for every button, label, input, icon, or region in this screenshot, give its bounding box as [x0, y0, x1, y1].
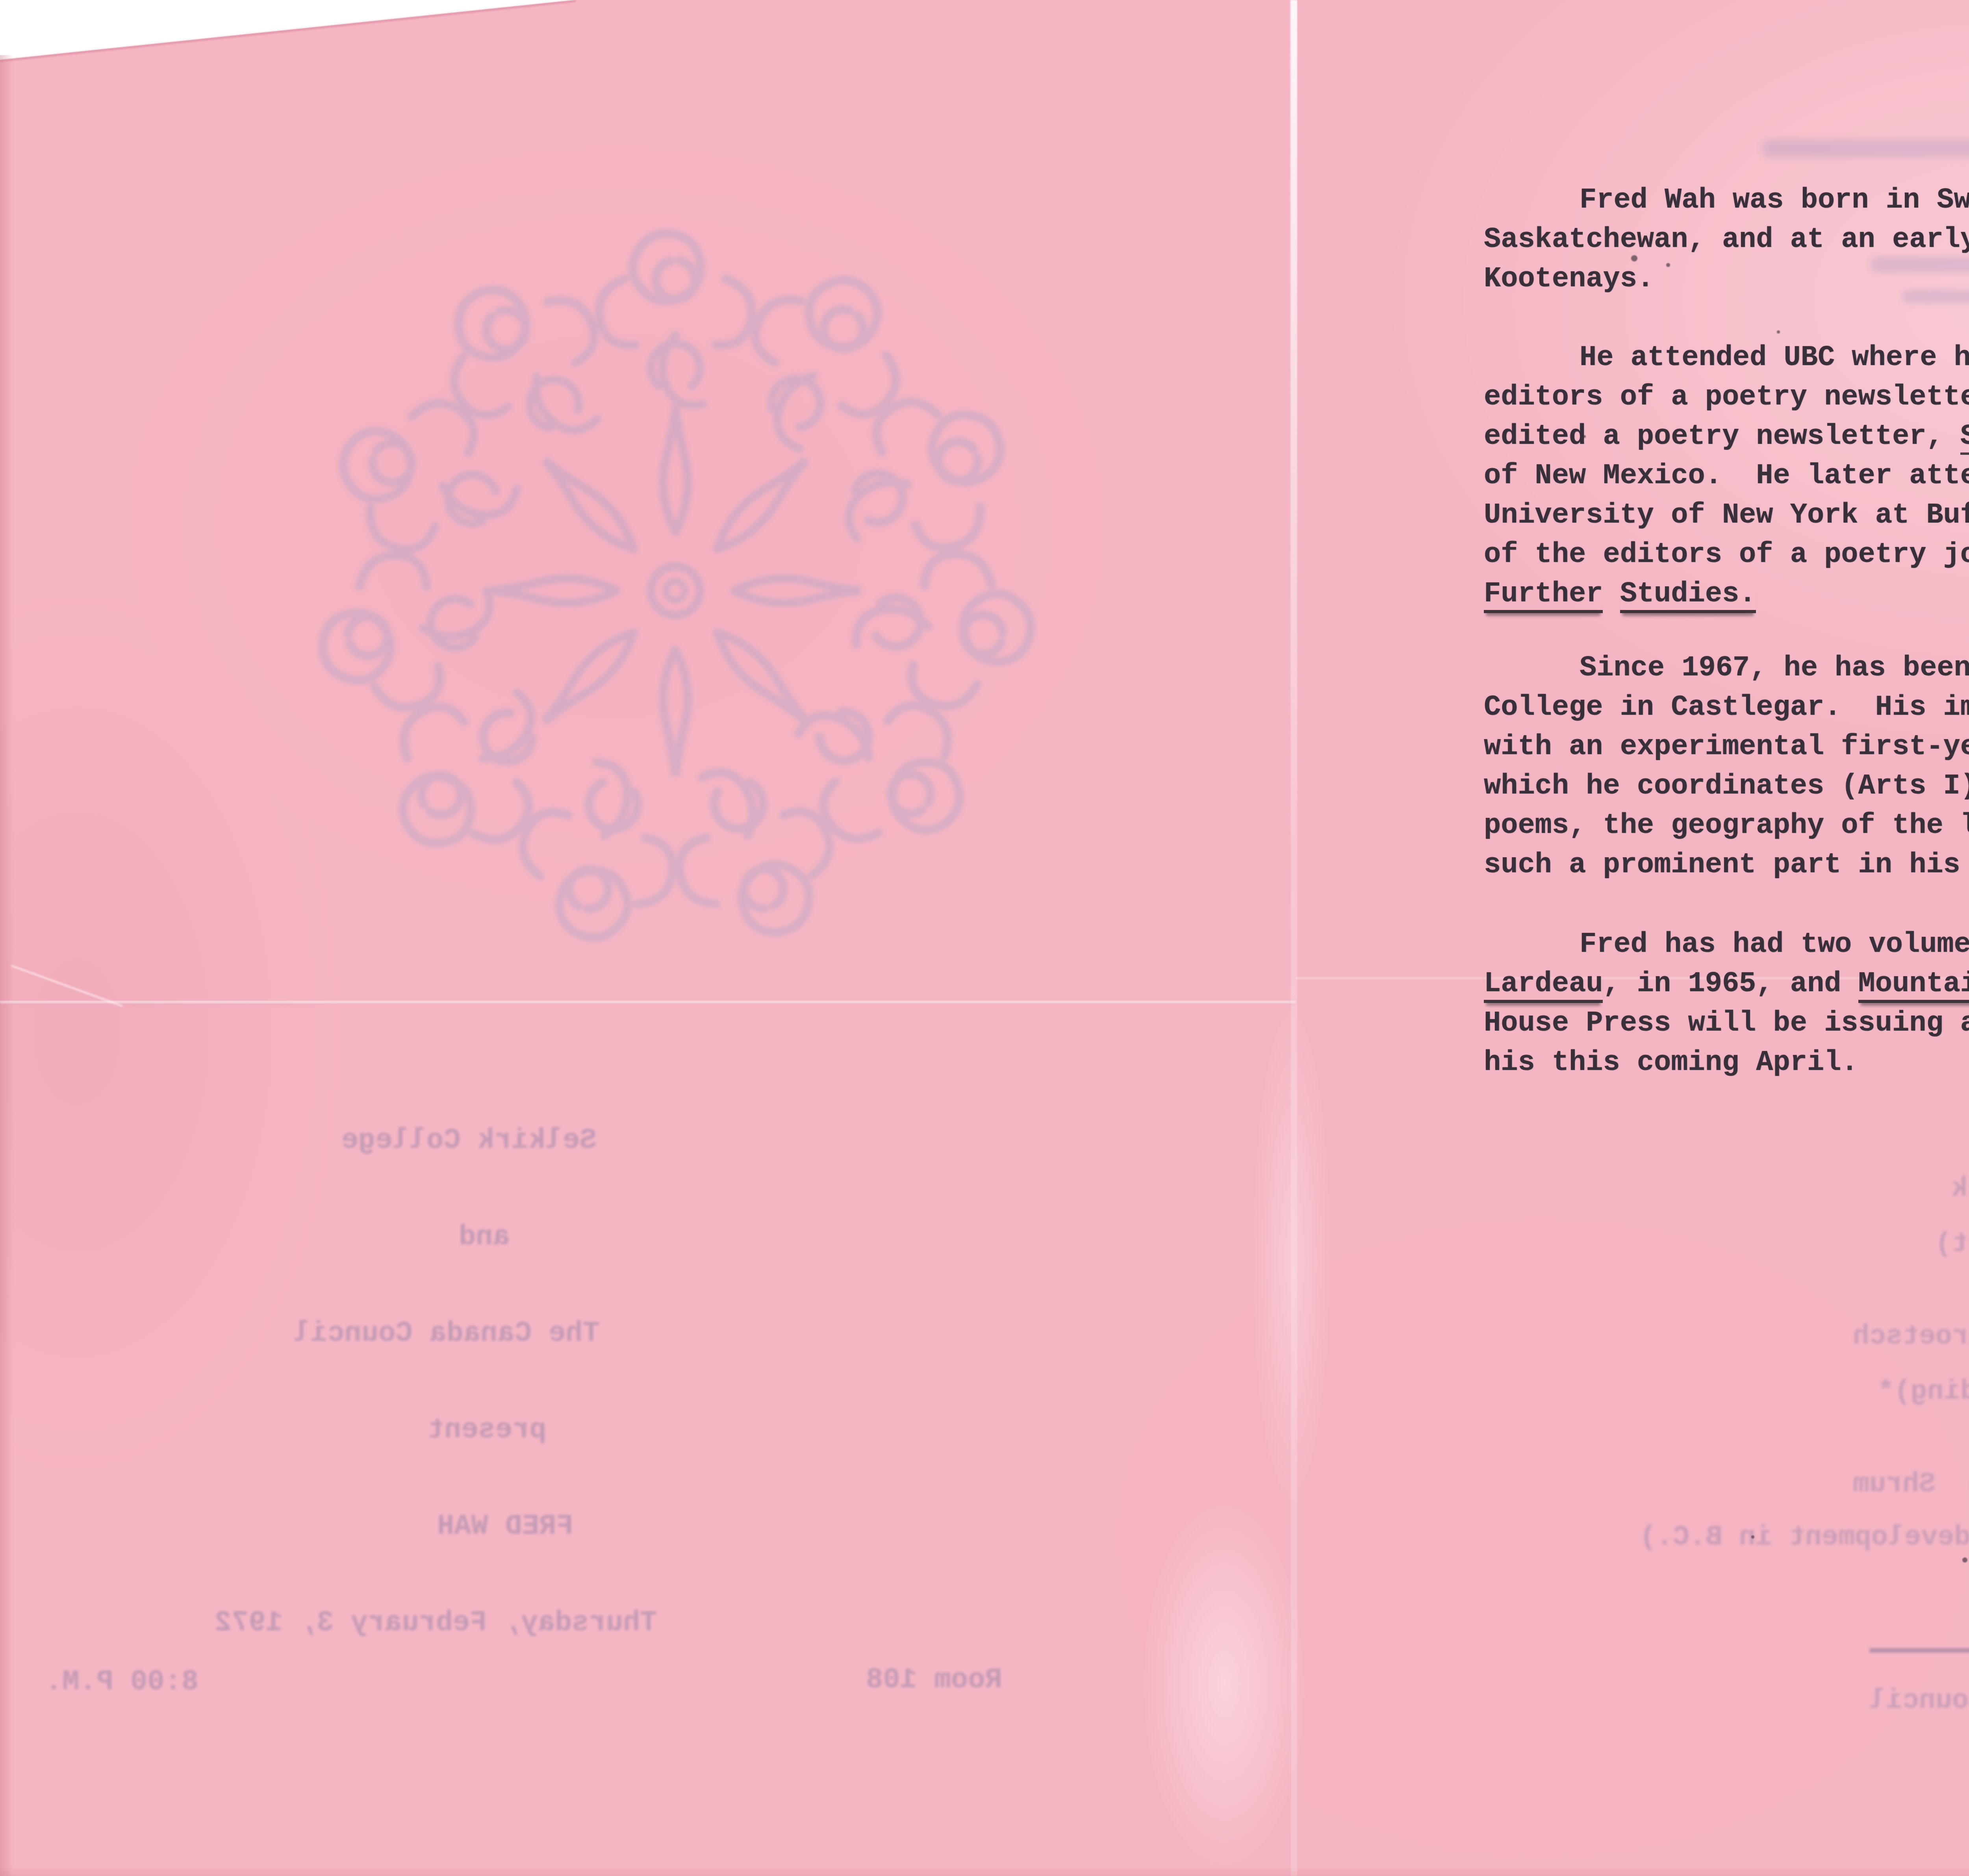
ink-speck [1777, 330, 1780, 334]
ghost-smudge [1902, 290, 1969, 303]
typed-line: editors of a poetry newsletter, Tish, an… [1484, 377, 1969, 417]
typed-line: University of New York at Buffalo where … [1484, 495, 1969, 535]
ink-speck [1583, 435, 1586, 438]
typed-line: poems, the geography of the land which h… [1484, 806, 1969, 845]
typed-line: with an experimental first-year universi… [1484, 727, 1969, 766]
typed-line: edited a poetry newsletter, Sum, at the … [1484, 417, 1969, 456]
ghost-text-line: Feb. 16 - Robert Kroetsch [1853, 1323, 1969, 1351]
ghost-text-line: (Tuesday) (Power development in B.C.) [1640, 1524, 1969, 1552]
typed-line: Saskatchewan, and at an early age moved … [1484, 220, 1969, 259]
typed-line: of the editors of a poetry journal, Maga… [1484, 535, 1969, 574]
paper-bottom-edge-shadow [0, 1866, 1969, 1876]
ghost-text-line: Room 108 [866, 1666, 1002, 1694]
typed-line: College in Castlegar. His immediate conc… [1484, 688, 1969, 727]
ink-speck [1666, 263, 1670, 267]
ghost-text-line: FRED WAH [437, 1512, 573, 1540]
typed-line: his this coming April. [1484, 1043, 1969, 1082]
typed-line: Fred Wah was born in Swift Current, [1484, 180, 1969, 220]
ghost-text-line: *Sponsored by Canada Council [1869, 1687, 1969, 1715]
typed-paragraph: He attended UBC where he was one of thee… [1484, 338, 1969, 614]
typed-paragraph: Fred Wah was born in Swift Current,Saska… [1484, 180, 1969, 298]
typed-paragraph: Since 1967, he has been teaching at Selk… [1484, 648, 1969, 884]
ghost-text-line: (Evening) (U.B.C. Artist) [1935, 1231, 1969, 1258]
typed-paragraph: Fred has had two volumes of poetry publi… [1484, 925, 1969, 1082]
ink-speck [1631, 255, 1637, 261]
ink-speck [1962, 1557, 1967, 1563]
typed-line: of New Mexico. He later attended the Sta… [1484, 456, 1969, 495]
typed-line: Further Studies. [1484, 574, 1969, 614]
typed-line: Since 1967, he has been teaching at Selk… [1484, 648, 1969, 688]
typed-line: Fred has had two volumes of poetry publi… [1484, 925, 1969, 964]
ghost-text-line: Thursday, February 3, 1972 [215, 1609, 657, 1637]
ink-speck [1751, 1535, 1754, 1539]
scanned-document-page: Fred Wah was born in Swift Current,Saska… [0, 0, 1969, 1876]
ghost-text-line: 8:00 P.M. [45, 1668, 198, 1696]
typed-line: which he coordinates (Arts I), and also … [1484, 766, 1969, 806]
ghost-underline-rule [1869, 1648, 1969, 1653]
ghost-text-line: The Canada Council [293, 1319, 600, 1348]
ghost-text-line: Selkirk College [341, 1126, 597, 1155]
ghost-text-line: Feb. 29 - Gordon Shrum [1853, 1471, 1969, 1498]
ghost-text-line: and [459, 1223, 510, 1251]
ghost-smudge [1871, 257, 1969, 273]
floral-ornament-ghost-icon [289, 205, 1061, 977]
ghost-text-line: present [427, 1416, 546, 1444]
typed-line: Lardeau, in 1965, and Mountain, in 1967.… [1484, 964, 1969, 1003]
typed-line: House Press will be issuing a new collec… [1484, 1003, 1969, 1043]
typed-line: such a prominent part in his life. [1484, 845, 1969, 884]
ghost-smudge [1763, 139, 1969, 158]
typed-line: He attended UBC where he was one of the [1484, 338, 1969, 377]
ghost-text-line: (Reading)* [1878, 1378, 1969, 1406]
fold-crease-vertical [1290, 0, 1297, 1876]
ghost-text-line: Feb. 24 - Sam Black [1951, 1175, 1969, 1203]
fold-crease-horizontal-left [0, 1001, 1296, 1005]
